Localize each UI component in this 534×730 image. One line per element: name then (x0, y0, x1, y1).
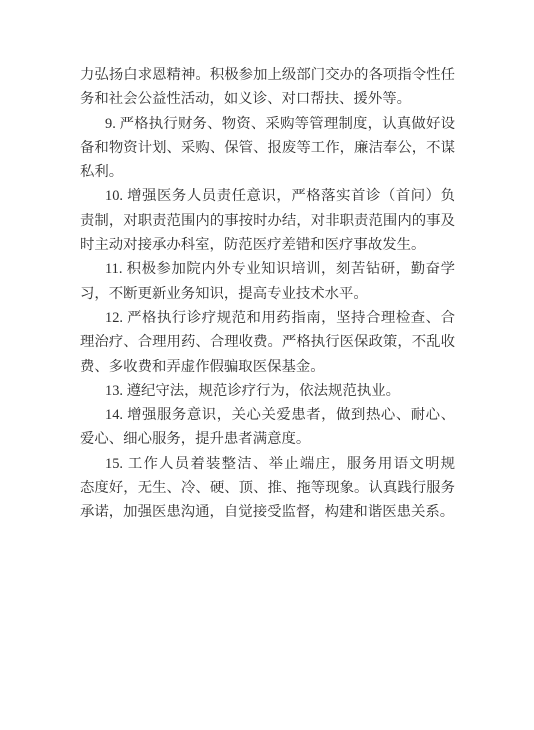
text-line: 态度好，无生、冷、硬、顶、推、拖等现象。认真践行服务 (80, 476, 455, 500)
text-line: 承诺，加强医患沟通，自觉接受监督，构建和谐医患关系。 (80, 500, 455, 524)
text-line: 责制，对职责范围内的事按时办结，对非职责范围内的事及 (80, 209, 455, 233)
text-line: 费、多收费和弄虚作假骗取医保基金。 (80, 355, 455, 379)
text-line: 12. 严格执行诊疗规范和用药指南，坚持合理检查、合 (80, 306, 455, 330)
text-line: 习，不断更新业务知识，提高专业技术水平。 (80, 282, 455, 306)
document-page: 力弘扬白求恩精神。积极参加上级部门交办的各项指令性任 务和社会公益性活动，如义诊… (0, 0, 534, 730)
text-line: 9. 严格执行财务、物资、采购等管理制度，认真做好设 (80, 112, 455, 136)
text-line: 时主动对接承办科室，防范医疗差错和医疗事故发生。 (80, 233, 455, 257)
text-line: 11. 积极参加院内外专业知识培训，刻苦钻研，勤奋学 (80, 257, 455, 281)
text-line: 备和物资计划、采购、保管、报废等工作，廉洁奉公，不谋 (80, 136, 455, 160)
text-line: 15. 工作人员着装整洁、举止端庄，服务用语文明规范、 (80, 452, 455, 476)
text-line: 14. 增强服务意识，关心关爱患者，做到热心、耐心、 (80, 403, 455, 427)
text-block: 力弘扬白求恩精神。积极参加上级部门交办的各项指令性任 务和社会公益性活动，如义诊… (80, 63, 455, 525)
text-line: 力弘扬白求恩精神。积极参加上级部门交办的各项指令性任 (80, 63, 455, 87)
text-line: 爱心、细心服务，提升患者满意度。 (80, 427, 455, 451)
text-line: 理治疗、合理用药、合理收费。严格执行医保政策，不乱收 (80, 330, 455, 354)
text-line: 务和社会公益性活动，如义诊、对口帮扶、援外等。 (80, 87, 455, 111)
text-line: 13. 遵纪守法，规范诊疗行为，依法规范执业。 (80, 379, 455, 403)
text-line: 私利。 (80, 160, 455, 184)
text-line: 10. 增强医务人员责任意识，严格落实首诊（首问）负 (80, 184, 455, 208)
